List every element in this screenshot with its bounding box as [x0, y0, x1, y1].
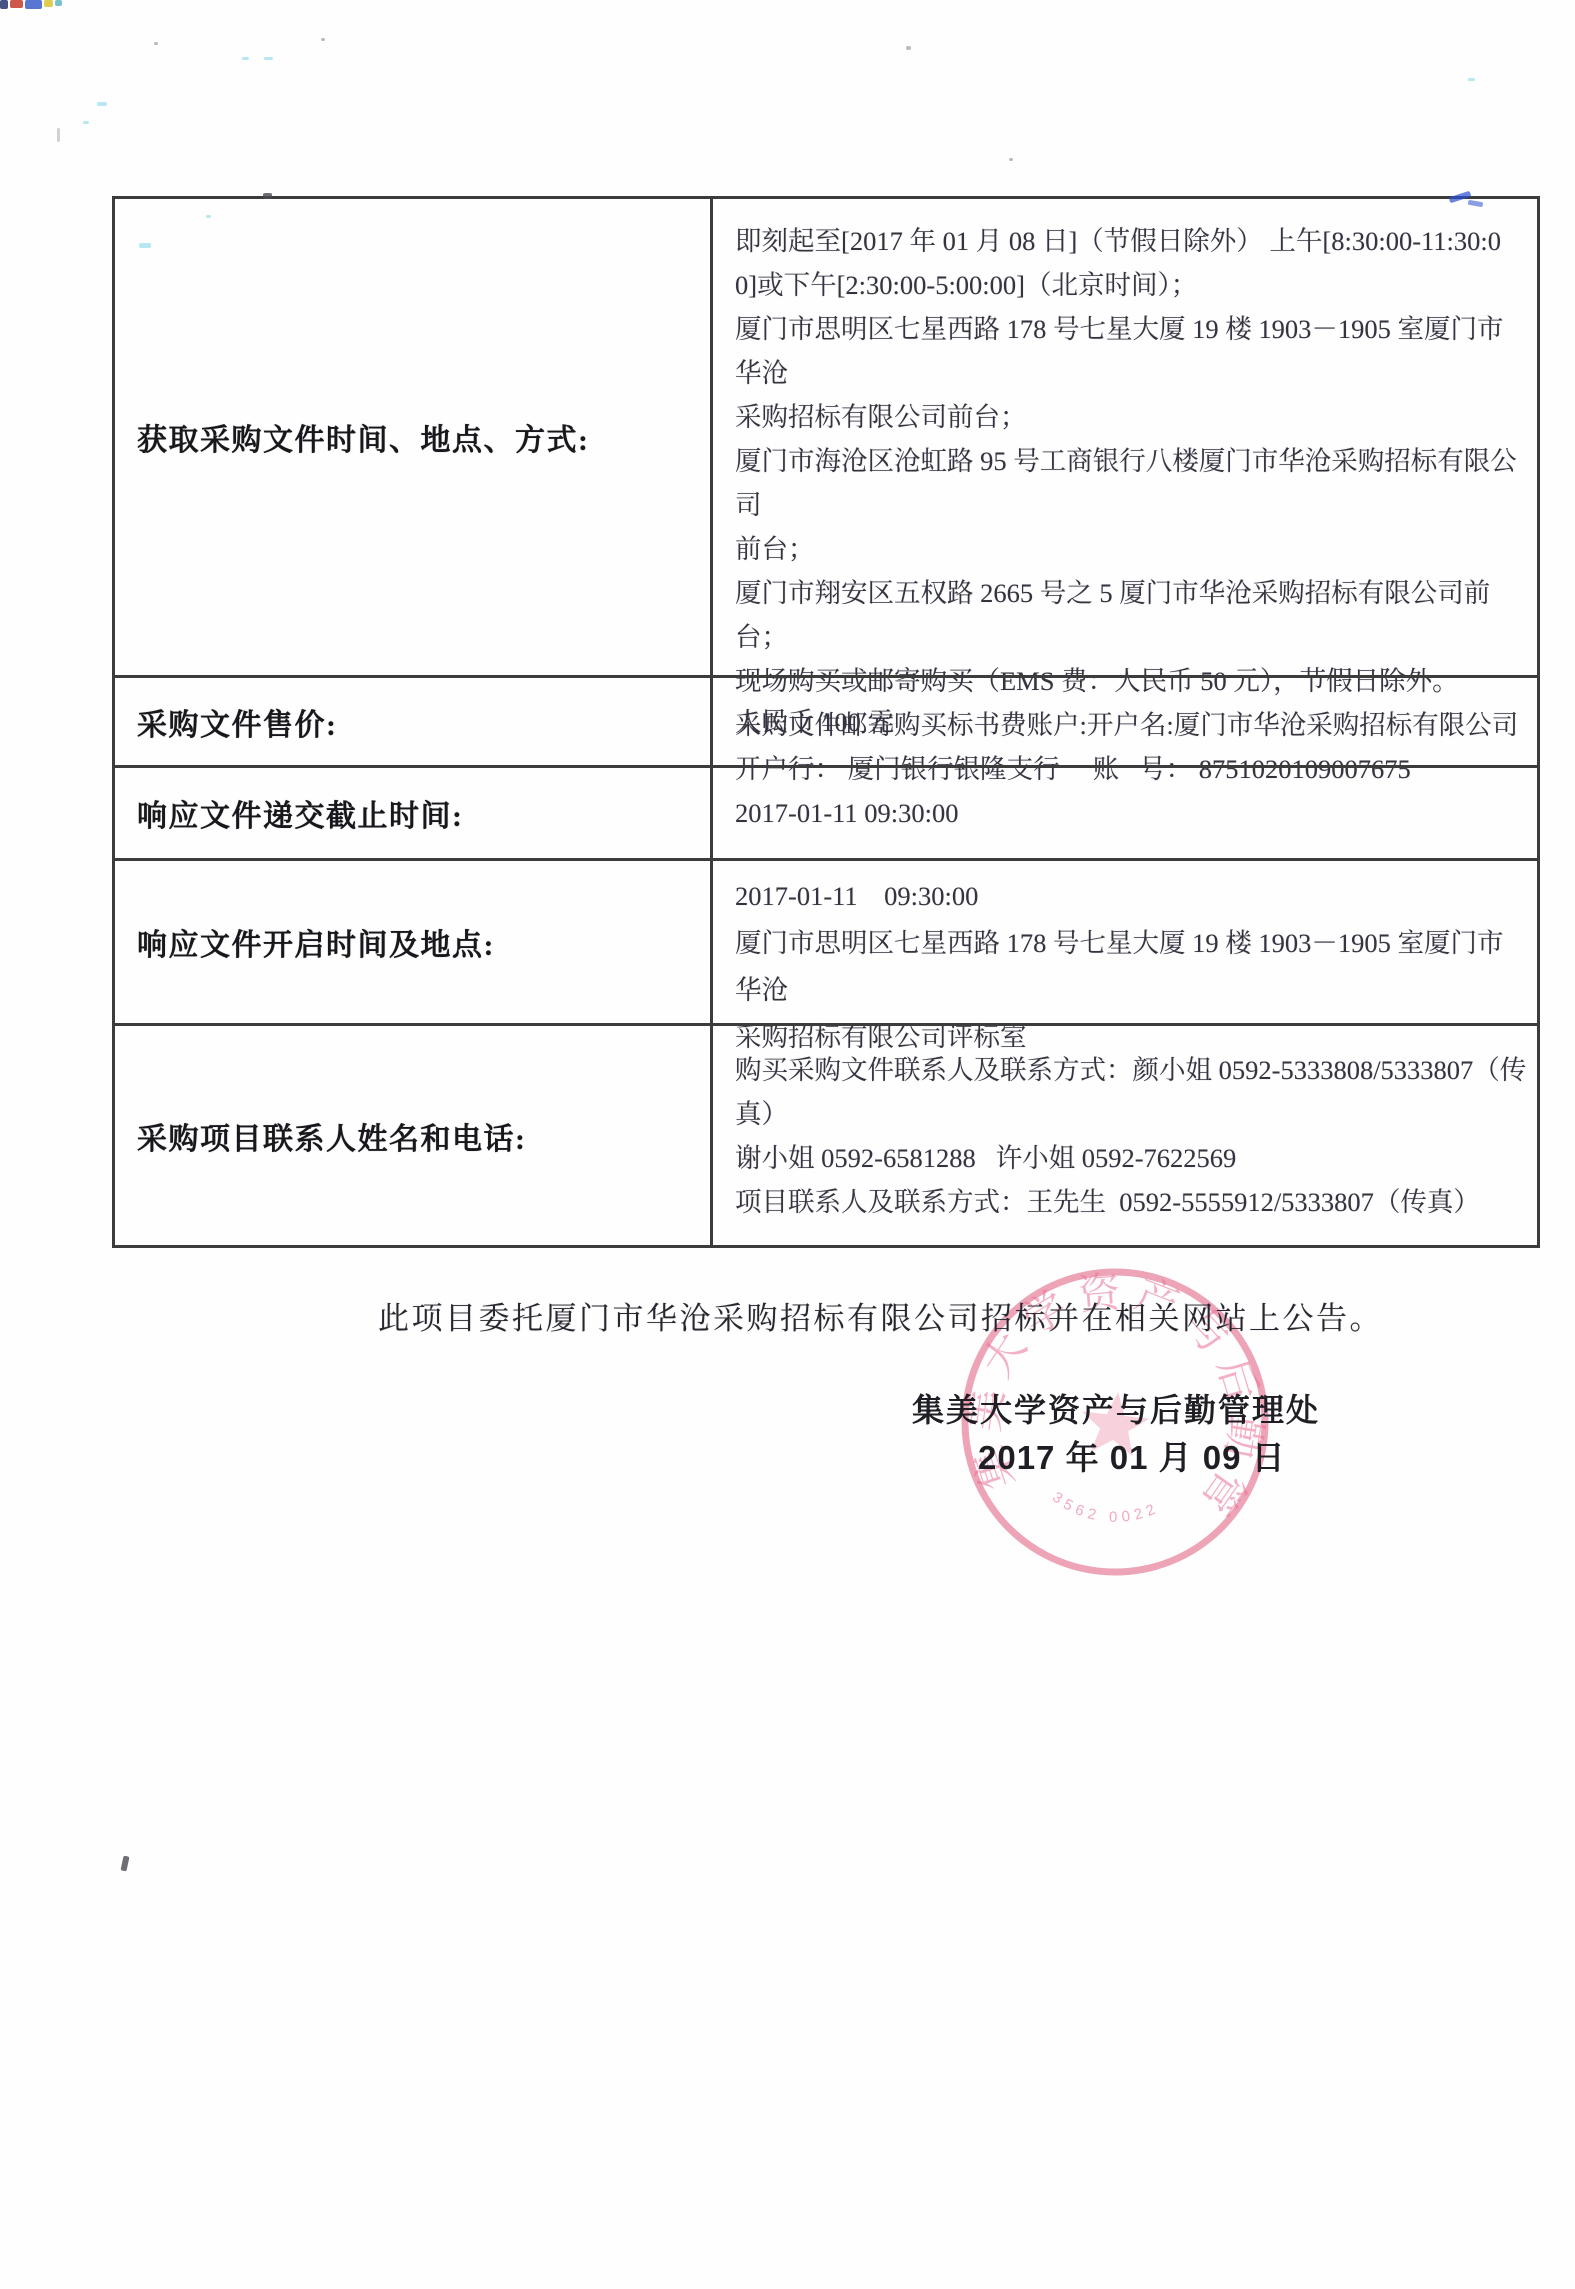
scan-speck [83, 121, 89, 124]
row-label-obtain-documents: 获取采购文件时间、地点、方式: [115, 199, 713, 675]
signature-organization: 集美大学资产与后勤管理处 [912, 1385, 1320, 1431]
row-label-submission-deadline: 响应文件递交截止时间: [115, 768, 713, 858]
scan-speck [242, 57, 249, 60]
row-value-opening-time-place: 2017-01-11 09:30:00 厦门市思明区七星西路 178 号七星大厦… [713, 861, 1537, 1023]
scan-artifact [10, 0, 23, 8]
row-value-document-price: 人民币 100 元 [713, 678, 1537, 765]
svg-text:3562 0022713: 3562 0022713 [928, 1235, 1190, 1531]
table-row: 响应文件开启时间及地点: 2017-01-11 09:30:00 厦门市思明区七… [115, 858, 1537, 1023]
row-label-text: 获取采购文件时间、地点、方式: [137, 415, 590, 459]
value-line: 0]或下午[2:30:00-5:00:00]（北京时间）； [735, 263, 1529, 307]
scan-speck [1468, 78, 1475, 81]
value-line: 项目联系人及联系方式：王先生 0592-5555912/5333807（传真） [735, 1180, 1529, 1224]
scan-speck [139, 243, 151, 248]
row-label-text: 采购文件售价: [137, 700, 338, 744]
table-row: 采购项目联系人姓名和电话: 购买采购文件联系人及联系方式：颜小姐 0592-53… [115, 1023, 1537, 1245]
scan-speck [264, 57, 273, 60]
value-line: 2017-01-11 09:30:00 [735, 791, 959, 835]
scan-artifact [55, 0, 62, 6]
row-value-submission-deadline: 2017-01-11 09:30:00 [713, 768, 1537, 858]
procurement-info-table: 获取采购文件时间、地点、方式: 即刻起至[2017 年 01 月 08 日]（节… [112, 196, 1540, 1248]
value-line: 厦门市思明区七星西路 178 号七星大厦 19 楼 1903－1905 室厦门市… [735, 307, 1529, 395]
value-line: 厦门市海沧区沧虹路 95 号工商银行八楼厦门市华沧采购招标有限公司 [735, 439, 1529, 527]
seal-serial-number: 3562 0022713 [928, 1235, 1190, 1531]
scan-artifact [0, 0, 8, 9]
row-value-contact-info: 购买采购文件联系人及联系方式：颜小姐 0592-5333808/5333807（… [713, 1026, 1537, 1245]
closing-note: 此项目委托厦门市华沧采购招标有限公司招标并在相关网站上公告。 [378, 1293, 1383, 1338]
value-line: 采购招标有限公司前台； [735, 395, 1529, 439]
table-row: 采购文件售价: 人民币 100 元 [115, 675, 1537, 765]
value-line: 厦门市思明区七星西路 178 号七星大厦 19 楼 1903－1905 室厦门市… [735, 920, 1529, 1014]
row-value-obtain-documents: 即刻起至[2017 年 01 月 08 日]（节假日除外） 上午[8:30:00… [713, 199, 1537, 675]
scan-speck [206, 215, 211, 218]
value-line: 人民币 100 元 [735, 700, 894, 744]
row-label-text: 采购项目联系人姓名和电话: [137, 1114, 527, 1158]
row-label-text: 响应文件开启时间及地点: [137, 920, 495, 964]
scan-speck [906, 46, 911, 50]
scan-speck [57, 128, 60, 142]
table-row: 获取采购文件时间、地点、方式: 即刻起至[2017 年 01 月 08 日]（节… [115, 199, 1537, 675]
row-label-opening-time-place: 响应文件开启时间及地点: [115, 861, 713, 1023]
scan-artifact [44, 0, 53, 7]
row-label-text: 响应文件递交截止时间: [137, 791, 464, 835]
row-label-contact-info: 采购项目联系人姓名和电话: [115, 1026, 713, 1245]
value-line: 厦门市翔安区五权路 2665 号之 5 厦门市华沧采购招标有限公司前台； [735, 571, 1529, 659]
signature-date: 2017 年 01 月 09 日 [978, 1432, 1286, 1479]
scan-speck [321, 38, 325, 41]
table-row: 响应文件递交截止时间: 2017-01-11 09:30:00 [115, 765, 1537, 858]
value-line: 前台； [735, 527, 1529, 571]
value-line: 购买采购文件联系人及联系方式：颜小姐 0592-5333808/5333807（… [735, 1048, 1529, 1092]
row-label-document-price: 采购文件售价: [115, 678, 713, 765]
value-line: 谢小姐 0592-6581288 许小姐 0592-7622569 [735, 1136, 1529, 1180]
scan-speck [121, 1856, 130, 1872]
value-line: 真） [735, 1092, 1529, 1136]
scan-artifact [25, 0, 42, 9]
scanned-procurement-notice-page: 集美大学资产与后勤管理处 3562 0022713 获取采购文件时间、地点、方式… [0, 0, 1575, 2289]
value-line: 2017-01-11 09:30:00 [735, 873, 1529, 920]
scan-speck [1009, 158, 1013, 161]
scan-speck [263, 193, 272, 199]
value-line: 即刻起至[2017 年 01 月 08 日]（节假日除外） 上午[8:30:00… [735, 219, 1529, 263]
scan-speck [97, 102, 107, 106]
scan-speck [154, 42, 158, 45]
